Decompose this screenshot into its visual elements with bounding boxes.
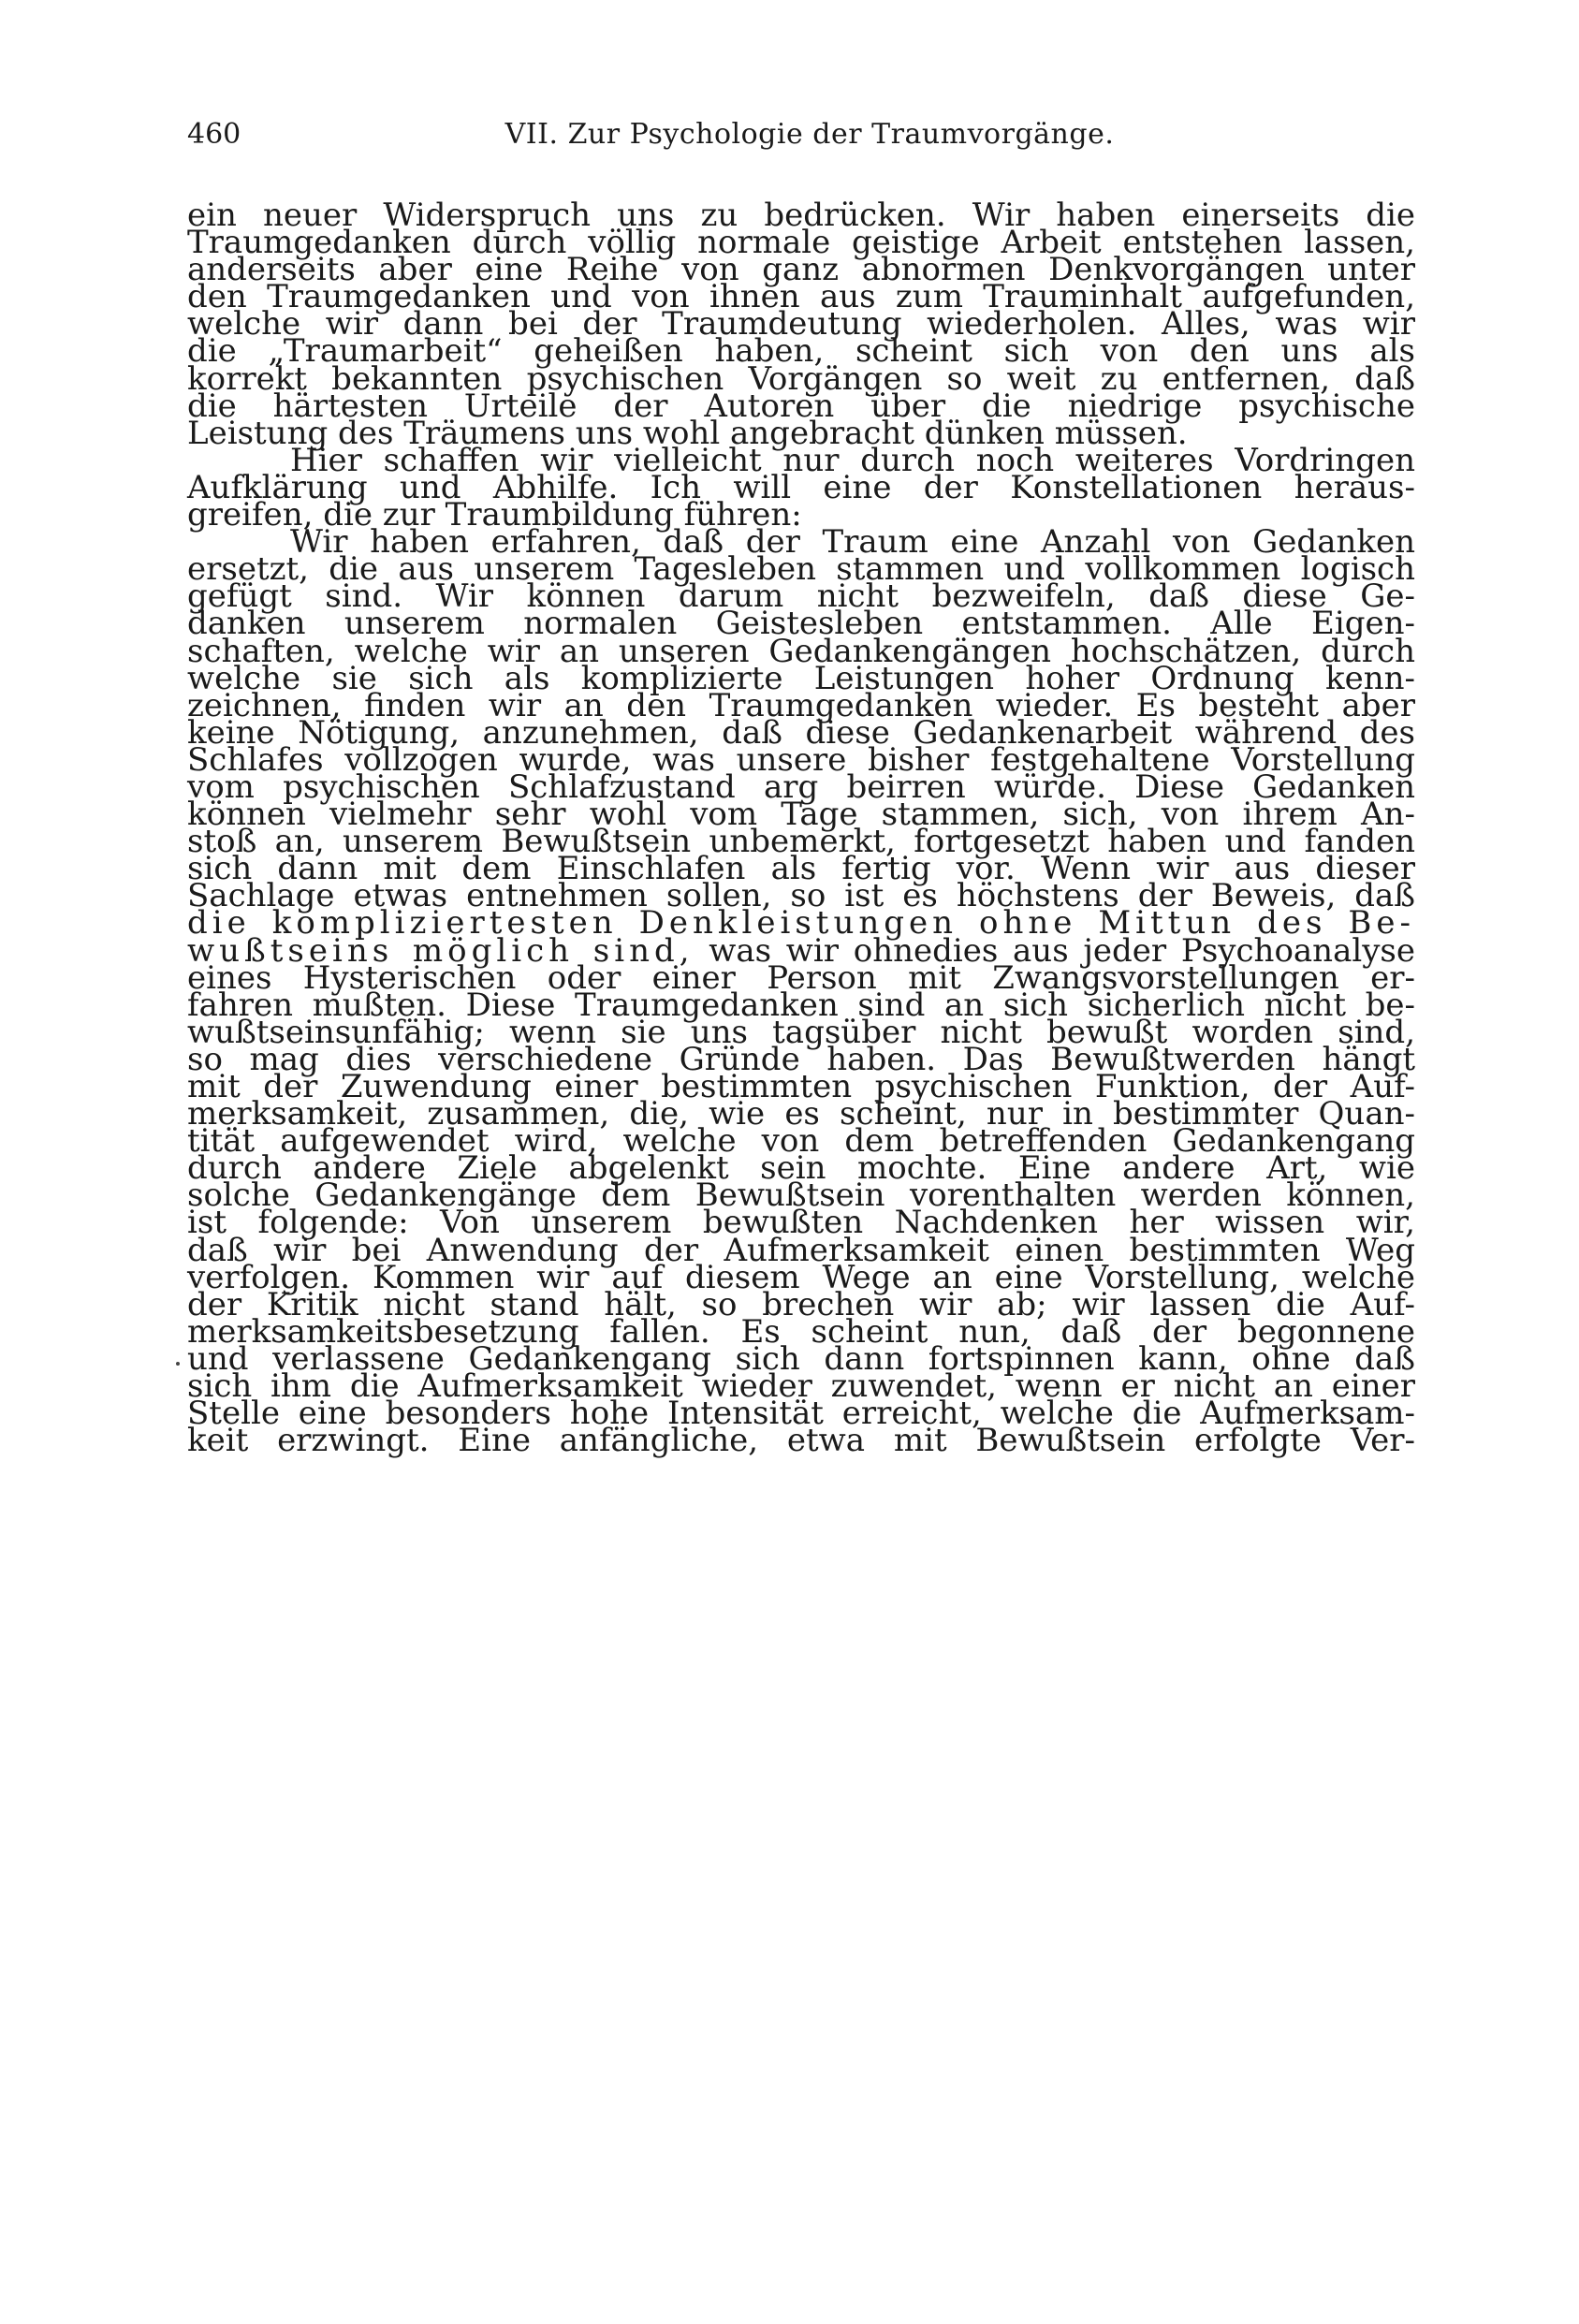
text-line: keit erzwingt. Eine anfängliche, etwa mi… (187, 1427, 1415, 1454)
body-text: ein neuer Widerspruch uns zu bedrücken. … (187, 202, 1415, 1454)
margin-mark (176, 1362, 180, 1366)
page-header: 460 VII. Zur Psychologie der Traumvorgän… (187, 118, 1413, 159)
running-title: VII. Zur Psychologie der Traumvorgänge. (187, 118, 1413, 151)
